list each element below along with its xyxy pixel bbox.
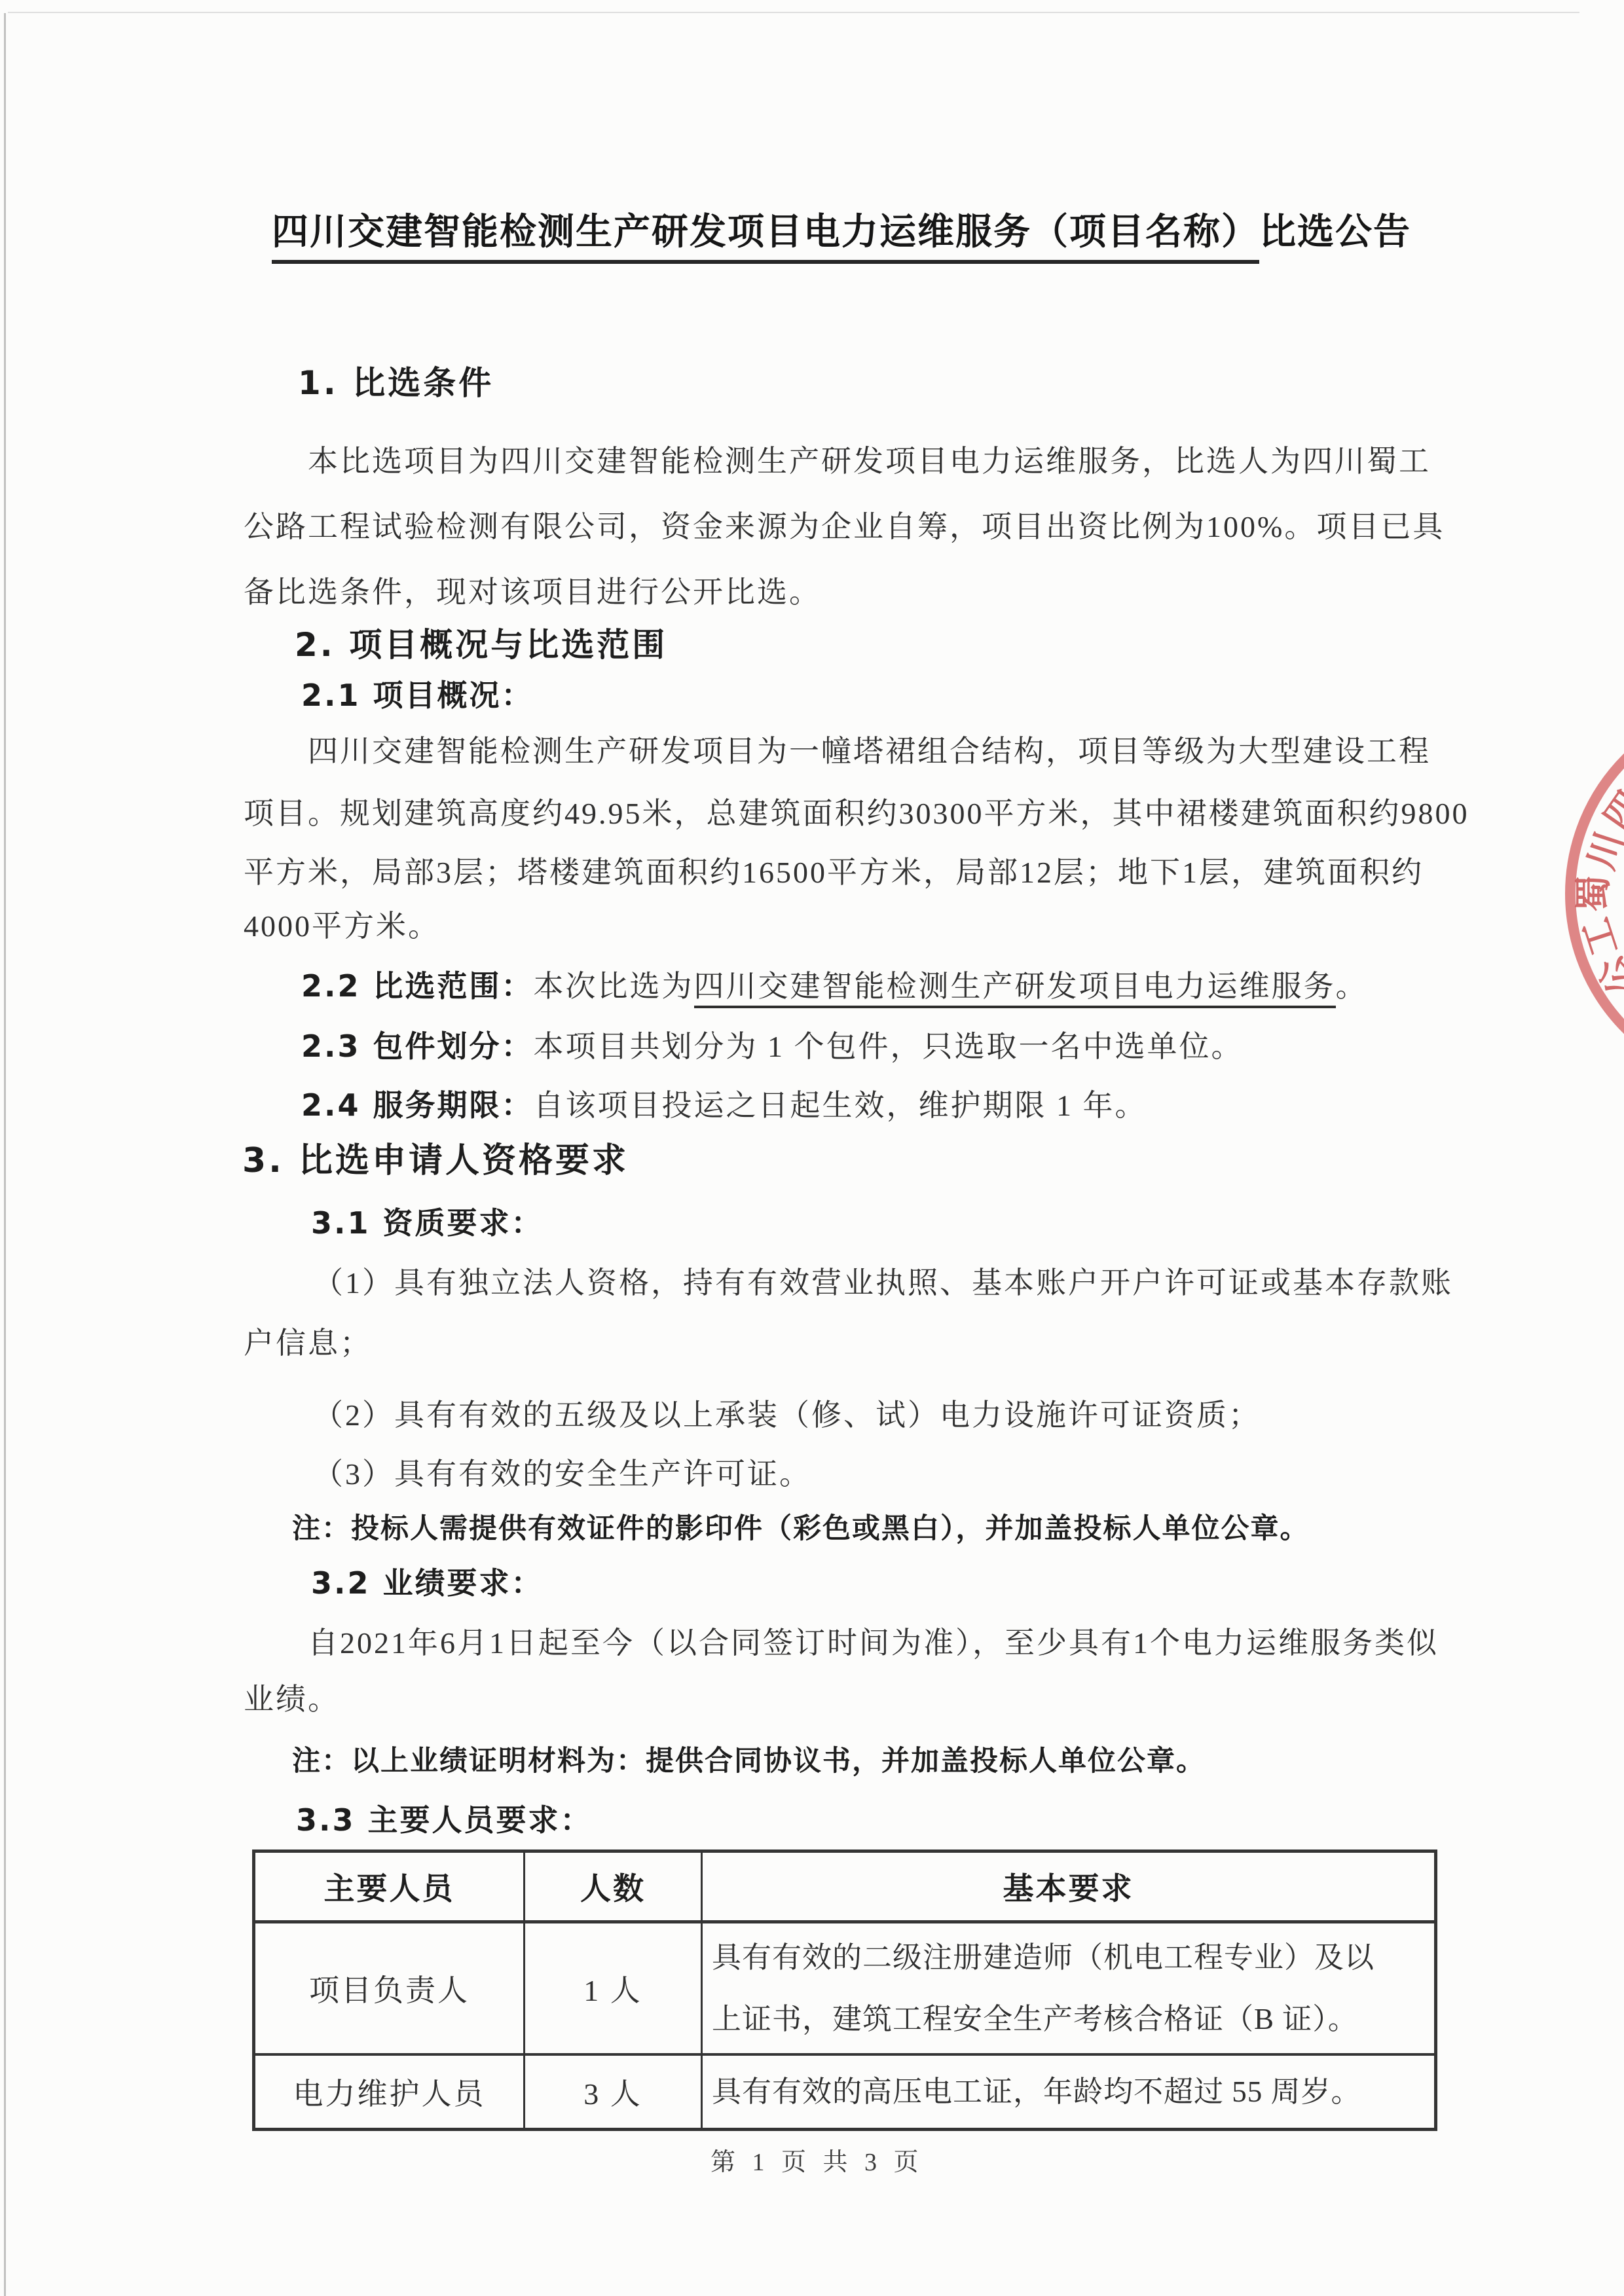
company-seal-character: 蜀 [1565, 875, 1617, 912]
table-row-2-count: 3 人 [525, 2056, 703, 2128]
table-header-role: 主要人员 [255, 1853, 525, 1923]
section-1-paragraph-line-1: 本比选项目为四川交建智能检测生产研发项目电力运维服务，比选人为四川蜀工 [308, 440, 1431, 483]
scan-edge-left-artifact [4, 13, 6, 2296]
section-2-paragraph-line-3: 平方米，局部3层；塔楼建筑面积约16500平方米，局部12层；地下1层，建筑面积… [244, 851, 1424, 894]
personnel-requirements-table: 主要人员 人数 基本要求 项目负责人 1 人 具有有效的二级注册建造师（机电工程… [252, 1850, 1437, 2131]
qualification-item-1-line-1: （1）具有独立法人资格，持有有效营业执照、基本账户开户许可证或基本存款账 [313, 1262, 1453, 1305]
table-row-2-requirement: 具有有效的高压电工证，年龄均不超过 55 周岁。 [703, 2056, 1434, 2128]
title-underlined-part: 四川交建智能检测生产研发项目电力运维服务（项目名称） [272, 211, 1259, 264]
document-title: 四川交建智能检测生产研发项目电力运维服务（项目名称）比选公告 [272, 211, 1411, 254]
section-3-heading: 3. 比选申请人资格要求 [242, 1139, 629, 1182]
section-2-2-label: 2.2 比选范围： [301, 968, 534, 1004]
section-3-2-heading: 3.2 业绩要求： [311, 1561, 544, 1605]
section-2-paragraph-line-1: 四川交建智能检测生产研发项目为一幢塔裙组合结构，项目等级为大型建设工程 [308, 730, 1431, 773]
qualification-item-3: （3）具有有效的安全生产许可证。 [313, 1453, 811, 1496]
section-3-3-heading: 3.3 主要人员要求： [296, 1798, 593, 1842]
document-page: 四川交建智能检测生产研发项目电力运维服务（项目名称）比选公告 1. 比选条件 本… [0, 0, 1624, 2296]
section-2-2-line: 2.2 比选范围：本次比选为四川交建智能检测生产研发项目电力运维服务。 [301, 964, 1368, 1008]
section-2-3-label: 2.3 包件划分： [301, 1029, 534, 1064]
table-row-1-role: 项目负责人 [255, 1923, 525, 2056]
table-row-2-requirement-line-1: 具有有效的高压电工证，年龄均不超过 55 周岁。 [712, 2061, 1361, 2123]
title-suffix: 比选公告 [1259, 211, 1411, 253]
section-2-2-pre: 本次比选为 [534, 970, 694, 1003]
section-2-4-line: 2.4 服务期限：自该项目投运之日起生效，维护期限 1 年。 [301, 1084, 1147, 1127]
section-2-1-heading: 2.1 项目概况： [301, 674, 534, 717]
table-row-1-requirement: 具有有效的二级注册建造师（机电工程专业）及以 上证书，建筑工程安全生产考核合格证… [703, 1923, 1434, 2056]
section-1-paragraph-line-3: 备比选条件，现对该项目进行公开比选。 [244, 571, 821, 614]
table-row-1-count: 1 人 [525, 1923, 703, 2056]
page-number-indicator: 第 1 页 共 3 页 [710, 2141, 924, 2184]
section-2-heading: 2. 项目概况与比选范围 [295, 623, 667, 666]
section-3-1-heading: 3.1 资质要求： [311, 1201, 544, 1245]
section-2-4-label: 2.4 服务期限： [301, 1087, 534, 1123]
section-2-paragraph-line-2: 项目。规划建筑高度约49.95米，总建筑面积约30300平方米，其中裙楼建筑面积… [244, 792, 1469, 835]
section-2-paragraph-line-4: 4000平方米。 [244, 905, 440, 948]
section-2-3-text: 本项目共划分为 1 个包件，只选取一名中选单位。 [534, 1030, 1244, 1063]
performance-note: 注：以上业绩证明材料为：提供合同协议书，并加盖投标人单位公章。 [292, 1740, 1206, 1783]
table-row-1-requirement-line-1: 具有有效的二级注册建造师（机电工程专业）及以 [712, 1927, 1375, 1988]
section-2-2-underlined: 四川交建智能检测生产研发项目电力运维服务 [694, 970, 1336, 1008]
qualification-item-2: （2）具有有效的五级及以上承装（修、试）电力设施许可证资质； [313, 1394, 1261, 1437]
section-2-4-text: 自该项目投运之日起生效，维护期限 1 年。 [534, 1089, 1147, 1122]
qualification-item-1-line-2: 户信息； [244, 1322, 372, 1365]
performance-paragraph-line-1: 自2021年6月1日起至今（以合同签订时间为准），至少具有1个电力运维服务类似 [308, 1622, 1439, 1665]
section-1-heading: 1. 比选条件 [298, 361, 494, 405]
table-row-2-role: 电力维护人员 [255, 2056, 525, 2128]
section-2-2-post: 。 [1336, 970, 1368, 1003]
table-header-count: 人数 [525, 1853, 703, 1923]
table-row-1-requirement-line-2: 上证书，建筑工程安全生产考核合格证（B 证）。 [712, 1988, 1358, 2050]
section-2-3-line: 2.3 包件划分：本项目共划分为 1 个包件，只选取一名中选单位。 [301, 1025, 1244, 1068]
performance-paragraph-line-2: 业绩。 [244, 1678, 340, 1721]
section-1-paragraph-line-2: 公路工程试验检测有限公司，资金来源为企业自筹，项目出资比例为100%。项目已具 [244, 505, 1445, 549]
scan-edge-top-artifact [8, 12, 1579, 13]
table-header-requirement: 基本要求 [703, 1853, 1434, 1923]
qualification-note: 注：投标人需提供有效证件的影印件（彩色或黑白），并加盖投标人单位公章。 [292, 1507, 1310, 1550]
